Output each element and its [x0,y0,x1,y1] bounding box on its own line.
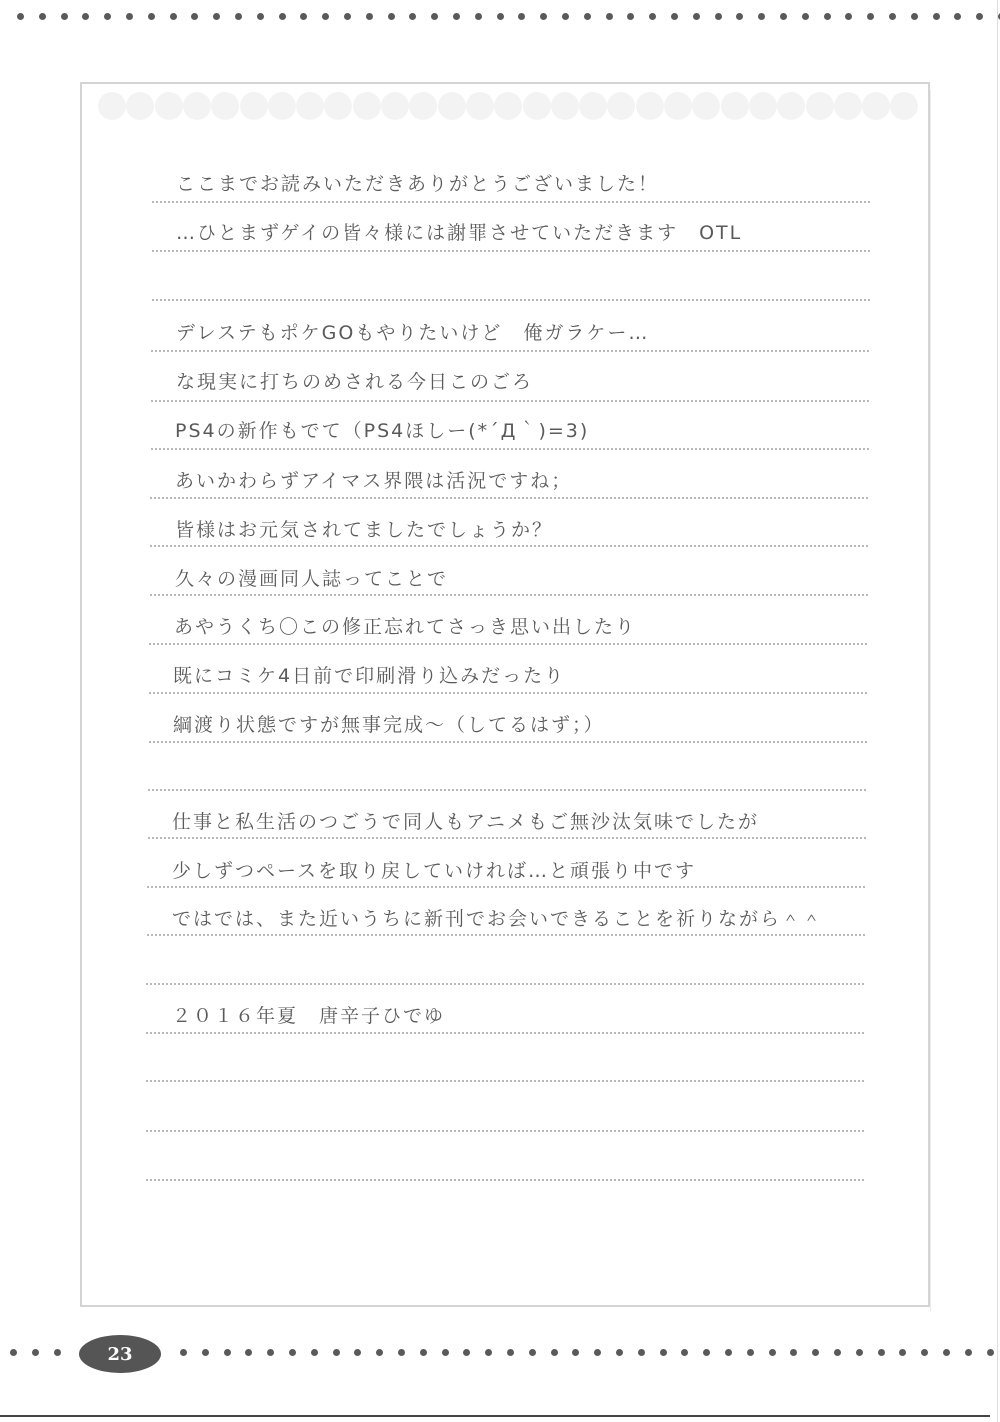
rule-18 [146,1032,864,1034]
rule-19 [146,1080,864,1082]
dot-decoration [267,1349,274,1356]
circle-decoration [240,92,268,120]
line-text-15: 少しずつペースを取り戻していければ…と頑張り中です [172,856,696,883]
dot-decoration [475,13,482,20]
dot-decoration [790,1349,797,1356]
dot-decoration [899,1349,906,1356]
note-frame [80,82,930,1307]
circle-decoration [664,92,692,120]
line-text-16: ではでは、また近いうちに新刊でお会いできることを祈りながら＾＾ [172,904,823,931]
dot-decoration [540,13,547,20]
dot-decoration [485,1349,492,1356]
dot-decoration [322,13,329,20]
dot-decoration [987,1349,994,1356]
line-text-8: 皆様はお元気されてましたでしょうか？ [175,515,553,542]
circle-decoration [438,92,466,120]
line-text-12: 綱渡り状態ですが無事完成～（してるはず；） [173,710,605,737]
dot-decoration [867,13,874,20]
circle-decoration [296,92,324,120]
dot-decoration [376,1349,383,1356]
rule-20 [146,1130,864,1132]
rule-11 [149,692,867,694]
rule-15 [147,886,865,888]
rule-4 [151,350,869,352]
dot-decoration [780,13,787,20]
rule-21 [146,1179,864,1181]
circle-decoration [324,92,352,120]
rule-16 [147,934,865,936]
rule-3 [152,299,870,301]
dot-decoration [235,13,242,20]
dot-decoration [61,13,68,20]
dot-decoration [736,13,743,20]
dot-decoration [671,13,678,20]
circle-decoration [834,92,862,120]
dot-decoration [409,13,416,20]
dot-decoration [354,1349,361,1356]
dot-decoration [366,13,373,20]
page-number-badge: 23 [79,1335,161,1373]
dot-decoration [606,13,613,20]
circle-decoration [607,92,635,120]
dot-decoration [954,13,961,20]
dot-decoration [681,1349,688,1356]
dot-decoration [703,1349,710,1356]
circle-decoration [268,92,296,120]
dot-decoration [715,13,722,20]
circle-decoration [126,92,154,120]
dot-decoration [420,1349,427,1356]
dot-decoration [649,13,656,20]
signature-line: ２０１６年夏 唐辛子ひでゆ [172,1001,445,1028]
dot-decoration [584,13,591,20]
dot-decoration [627,13,634,20]
circle-decoration [466,92,494,120]
dot-decoration [834,1349,841,1356]
circle-decoration [183,92,211,120]
page-edge [997,0,998,1422]
dot-decoration [725,1349,732,1356]
line-text-5: な現実に打ちのめされる今日このごろ [176,367,533,394]
dot-decoration [126,13,133,20]
circle-decoration [777,92,805,120]
dot-decoration [453,13,460,20]
dot-decoration [911,13,918,20]
line-text-14: 仕事と私生活のつごうで同人もアニメもご無沙汰気味でしたが [172,807,759,834]
dot-decoration [562,13,569,20]
dot-decoration [856,1349,863,1356]
dot-decoration [388,13,395,20]
circle-decoration [211,92,239,120]
dot-decoration [616,1349,623,1356]
circle-decoration [409,92,437,120]
dot-decoration [300,13,307,20]
circle-decoration [381,92,409,120]
line-text-7: あいかわらずアイマス界隈は活況ですね； [175,466,572,493]
dot-decoration [257,13,264,20]
top-dot-border [0,13,1000,23]
circle-decoration [551,92,579,120]
dot-decoration [933,13,940,20]
dot-decoration [802,13,809,20]
dot-decoration [921,1349,928,1356]
dot-decoration [638,1349,645,1356]
dot-decoration [39,13,46,20]
dot-decoration [245,1349,252,1356]
circle-decoration [721,92,749,120]
circle-decoration [862,92,890,120]
dot-decoration [889,13,896,20]
circle-decoration [155,92,183,120]
circle-decoration [806,92,834,120]
dot-decoration [148,13,155,20]
dot-decoration [344,13,351,20]
rule-14 [148,837,866,839]
rule-10 [149,643,867,645]
rule-17 [146,983,864,985]
dot-decoration [747,1349,754,1356]
circle-decoration [98,92,126,120]
dot-decoration [279,13,286,20]
dot-decoration [812,1349,819,1356]
circle-decoration-row [98,92,918,122]
dot-decoration [824,13,831,20]
circle-decoration [749,92,777,120]
rule-5 [151,400,869,402]
dot-decoration [943,1349,950,1356]
dot-decoration [965,1349,972,1356]
dot-decoration [497,13,504,20]
dot-decoration [213,13,220,20]
dot-decoration [82,13,89,20]
dot-decoration [693,13,700,20]
dot-decoration [529,1349,536,1356]
dot-decoration [32,1349,39,1356]
rule-9 [150,594,868,596]
dot-decoration [551,1349,558,1356]
rule-6 [151,448,869,450]
line-text-9: 久々の漫画同人誌ってことで [175,564,448,591]
dot-decoration [54,1349,61,1356]
dot-decoration [758,13,765,20]
circle-decoration [353,92,381,120]
dot-decoration [170,13,177,20]
rule-2 [152,250,870,252]
dot-decoration [442,1349,449,1356]
rule-12 [149,741,867,743]
dot-decoration [518,13,525,20]
dot-decoration [878,1349,885,1356]
bottom-rule [0,1415,990,1417]
dot-decoration [333,1349,340,1356]
dot-decoration [398,1349,405,1356]
line-text-6: PS4の新作もでて（PS4ほしー(*´Д｀)=3) [175,416,589,443]
dot-decoration [191,13,198,20]
circle-decoration [523,92,551,120]
circle-decoration [692,92,720,120]
dot-decoration [845,13,852,20]
dot-decoration [180,1349,187,1356]
line-text-4: デレステもポケGOもやりたいけど 俺ガラケー… [176,318,649,345]
rule-7 [150,497,868,499]
dot-decoration [311,1349,318,1356]
dot-decoration [976,13,983,20]
circle-decoration [890,92,918,120]
circle-decoration [494,92,522,120]
dot-decoration [572,1349,579,1356]
dot-decoration [769,1349,776,1356]
line-text-10: あやうくち〇この修正忘れてさっき思い出したり [174,612,636,639]
line-text-2: …ひとまずゲイの皆々様には謝罪させていただきます OTL [176,218,742,245]
dot-decoration [594,1349,601,1356]
circle-decoration [636,92,664,120]
rule-8 [150,545,868,547]
rule-13 [148,789,866,791]
dot-decoration [202,1349,209,1356]
dot-decoration [17,13,24,20]
dot-decoration [507,1349,514,1356]
page-number: 23 [107,1344,132,1365]
dot-decoration [289,1349,296,1356]
rule-1 [152,201,870,203]
dot-decoration [431,13,438,20]
dot-decoration [224,1349,231,1356]
line-text-1: ここまでお読みいただきありがとうございました！ [176,169,659,196]
dot-decoration [463,1349,470,1356]
dot-decoration [660,1349,667,1356]
dot-decoration [104,13,111,20]
line-text-11: 既にコミケ4日前で印刷滑り込みだったり [173,661,565,688]
circle-decoration [579,92,607,120]
dot-decoration [10,1349,17,1356]
